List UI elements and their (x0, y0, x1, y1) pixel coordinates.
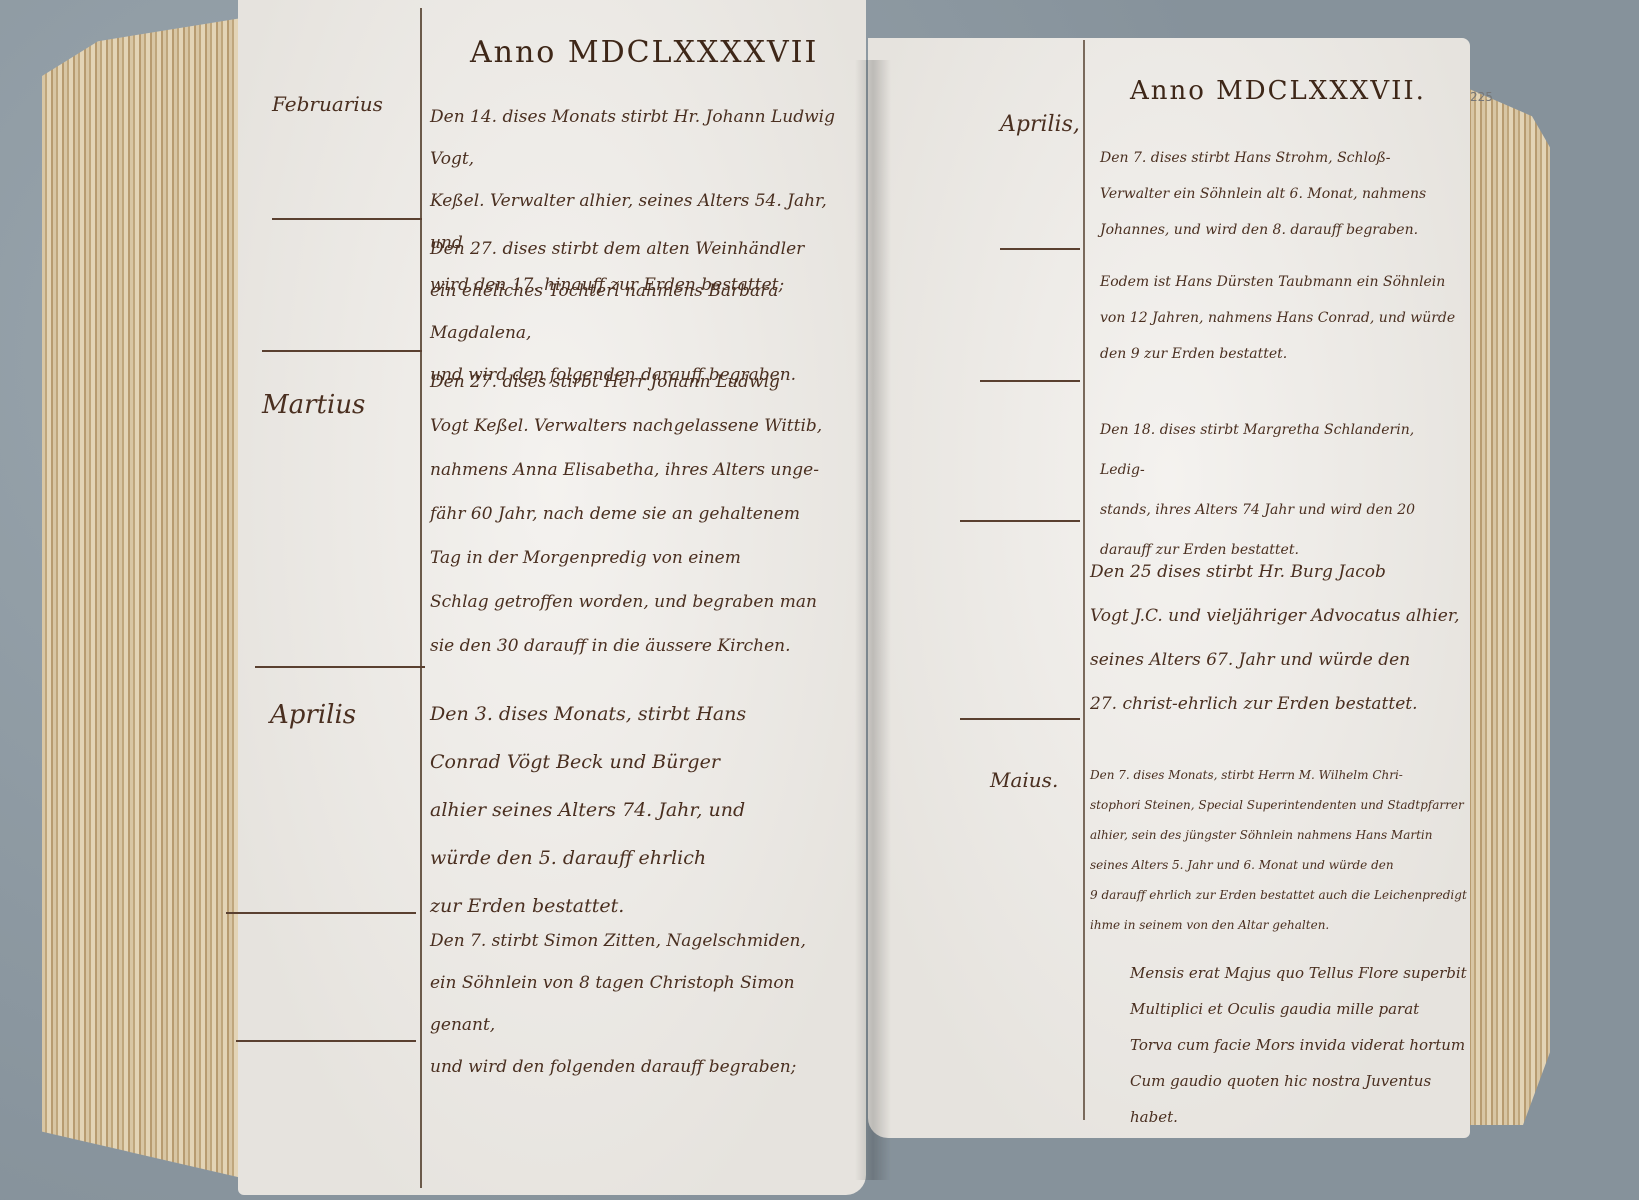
month-label: Maius. (990, 768, 1058, 792)
entry-divider (226, 912, 416, 914)
month-label: Aprilis (270, 700, 356, 730)
right-margin-rule (1083, 40, 1085, 1120)
left-margin-rule (420, 8, 422, 1188)
register-entry: Den 27. dises stirbt Herr Johann Ludwig … (430, 360, 850, 668)
page-number: 225 (1470, 90, 1493, 104)
entry-divider (236, 1040, 416, 1042)
entry-divider (980, 380, 1080, 382)
register-entry: Den 18. dises stirbt Margretha Schlander… (1100, 410, 1460, 570)
register-entry: Den 25 dises stirbt Hr. Burg Jacob Vogt … (1090, 550, 1460, 726)
register-entry: Den 3. dises Monats, stirbt Hans Conrad … (430, 690, 850, 930)
left-page-header: Anno MDCLXXXXVII (470, 35, 818, 70)
right-page-header: Anno MDCLXXXVII. (1130, 76, 1426, 106)
register-entry: Eodem ist Hans Dürsten Taubmann ein Söhn… (1100, 264, 1460, 372)
latin-verse: Mensis erat Majus quo Tellus Flore super… (1130, 955, 1470, 1135)
month-label: Februarius (272, 92, 383, 116)
entry-divider (960, 718, 1080, 720)
left-page-edges (42, 18, 242, 1178)
register-entry: Den 7. dises Monats, stirbt Herrn M. Wil… (1090, 760, 1470, 940)
entry-divider (255, 666, 425, 668)
register-entry: Den 7. dises stirbt Hans Strohm, Schloß-… (1100, 140, 1460, 248)
month-label: Aprilis, (1000, 112, 1080, 137)
right-page-edges (1460, 85, 1550, 1125)
entry-divider (262, 350, 422, 352)
book-gutter (855, 60, 891, 1180)
register-entry: Den 7. stirbt Simon Zitten, Nagelschmide… (430, 920, 850, 1088)
entry-divider (272, 218, 422, 220)
month-label: Martius (262, 390, 365, 420)
entry-divider (1000, 248, 1080, 250)
entry-divider (960, 520, 1080, 522)
